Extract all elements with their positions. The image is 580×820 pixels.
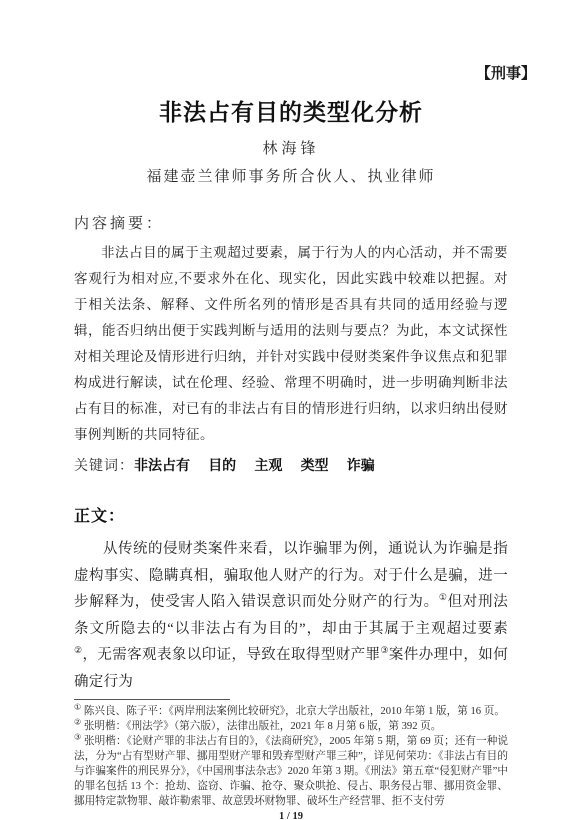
body-text-run: ，无需客观表象以印证，导致在取得型财产罪 [82,647,380,663]
footnote-ref: ① [439,592,448,602]
footnotes-block: ① 陈兴良、陈子平：《两岸刑法案例比较研究》，北京大学出版社，2010 年第 1… [74,704,508,809]
document-page: 【刑事】 非法占有目的类型化分析 林海锋 福建壶兰律师事务所合伙人、执业律师 内… [0,0,580,820]
keyword-item: 诈骗 [347,459,375,474]
footnote: ② 张明楷：《刑法学》（第六版），法律出版社，2021 年 8 月第 6 版，第… [74,719,508,734]
footnote: ③ 张明楷：《论财产罪的非法占有目的》，《法商研究》，2005 年第 5 期，第… [74,734,508,809]
keyword-item: 主观 [254,459,282,474]
body-paragraph: 从传统的侵财类案件来看，以诈骗罪为例，通说认为诈骗是指虚构事实、隐瞒真相，骗取他… [74,536,508,695]
keywords-label: 关键词： [74,459,134,474]
category-tag: 【刑事】 [74,64,536,84]
footnote-ref: ③ [380,645,388,655]
body-section-label: 正文： [74,506,508,528]
abstract-body: 非法占目的属于主观超过要素，属于行为人的内心活动，并不需要客观行为相对应,不要求… [74,240,508,448]
footnote-text: 张明楷：《刑法学》（第六版），法律出版社，2021 年 8 月第 6 版，第 3… [81,721,441,732]
keyword-item: 非法占有 [134,459,190,474]
keywords-list: 非法占有目的主观类型诈骗 [134,459,393,474]
page-title: 非法占有目的类型化分析 [74,98,508,128]
abstract-label: 内容摘要： [74,214,508,235]
keywords-line: 关键词：非法占有目的主观类型诈骗 [74,456,508,478]
footnote-divider [74,699,230,700]
page-number: 1 / 19 [74,810,508,820]
footnote: ① 陈兴良、陈子平：《两岸刑法案例比较研究》，北京大学出版社，2010 年第 1… [74,704,508,719]
footnote-text: 陈兴良、陈子平：《两岸刑法案例比较研究》，北京大学出版社，2010 年第 1 版… [81,706,505,717]
author-name: 林海锋 [74,138,508,160]
footnote-text: 张明楷：《论财产罪的非法占有目的》，《法商研究》，2005 年第 5 期，第 6… [74,736,508,807]
author-affiliation: 福建壶兰律师事务所合伙人、执业律师 [74,166,508,188]
keyword-item: 目的 [208,459,236,474]
keyword-item: 类型 [301,459,329,474]
